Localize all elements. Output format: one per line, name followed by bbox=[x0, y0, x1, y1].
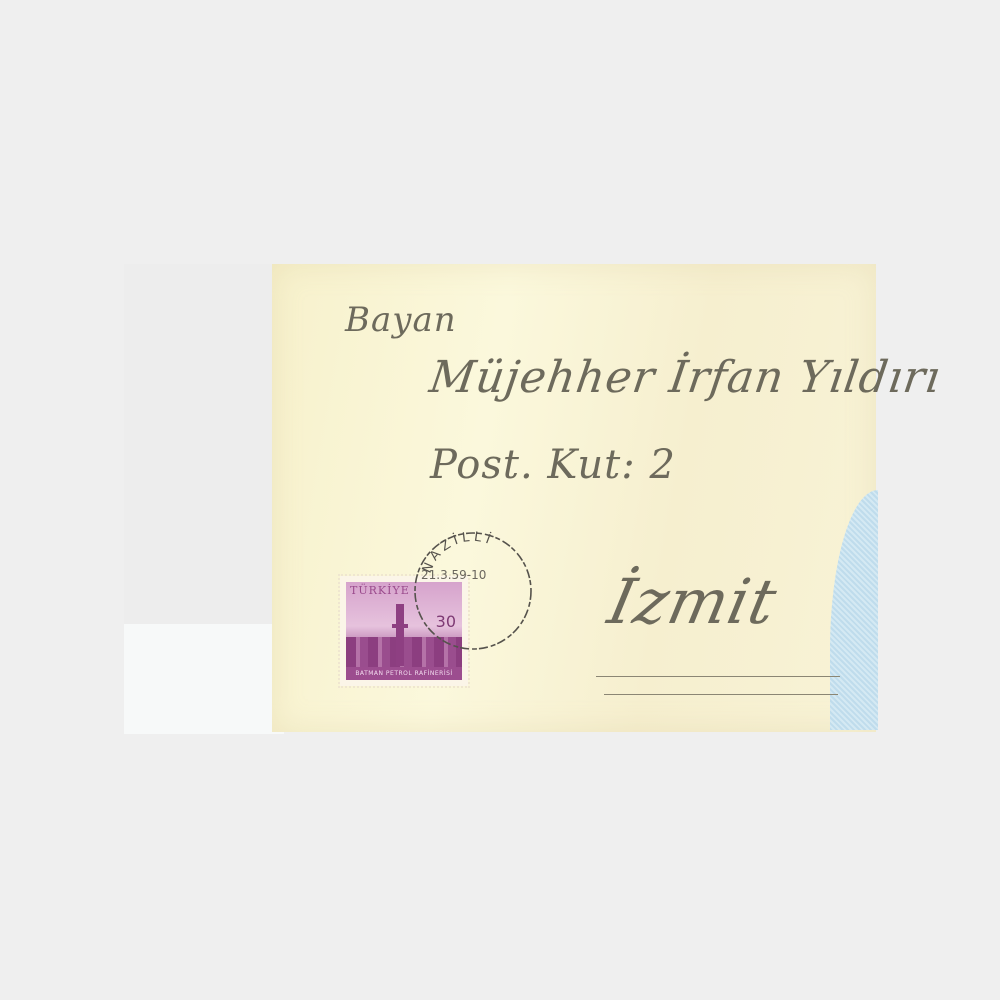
recipient-salutation: Bayan bbox=[345, 300, 457, 340]
backing-sheet-light bbox=[124, 624, 284, 734]
refinery-tower-icon bbox=[396, 604, 404, 666]
stamp-country: TÜRKİYE bbox=[350, 584, 410, 597]
city-underline-2 bbox=[604, 694, 838, 695]
stamp-caption: BATMAN PETROL RAFİNERİSİ bbox=[346, 667, 462, 680]
city-underline bbox=[596, 676, 840, 677]
recipient-name: Müjehher İrfan Yıldırı bbox=[426, 352, 944, 403]
recipient-city: İzmit bbox=[602, 565, 783, 638]
postmark-date: 21.3.59-10 bbox=[421, 568, 486, 582]
postmark-cancellation: NAZİLLİ 21.3.59-10 bbox=[407, 527, 537, 653]
recipient-po-box: Post. Kut: 2 bbox=[430, 442, 676, 488]
